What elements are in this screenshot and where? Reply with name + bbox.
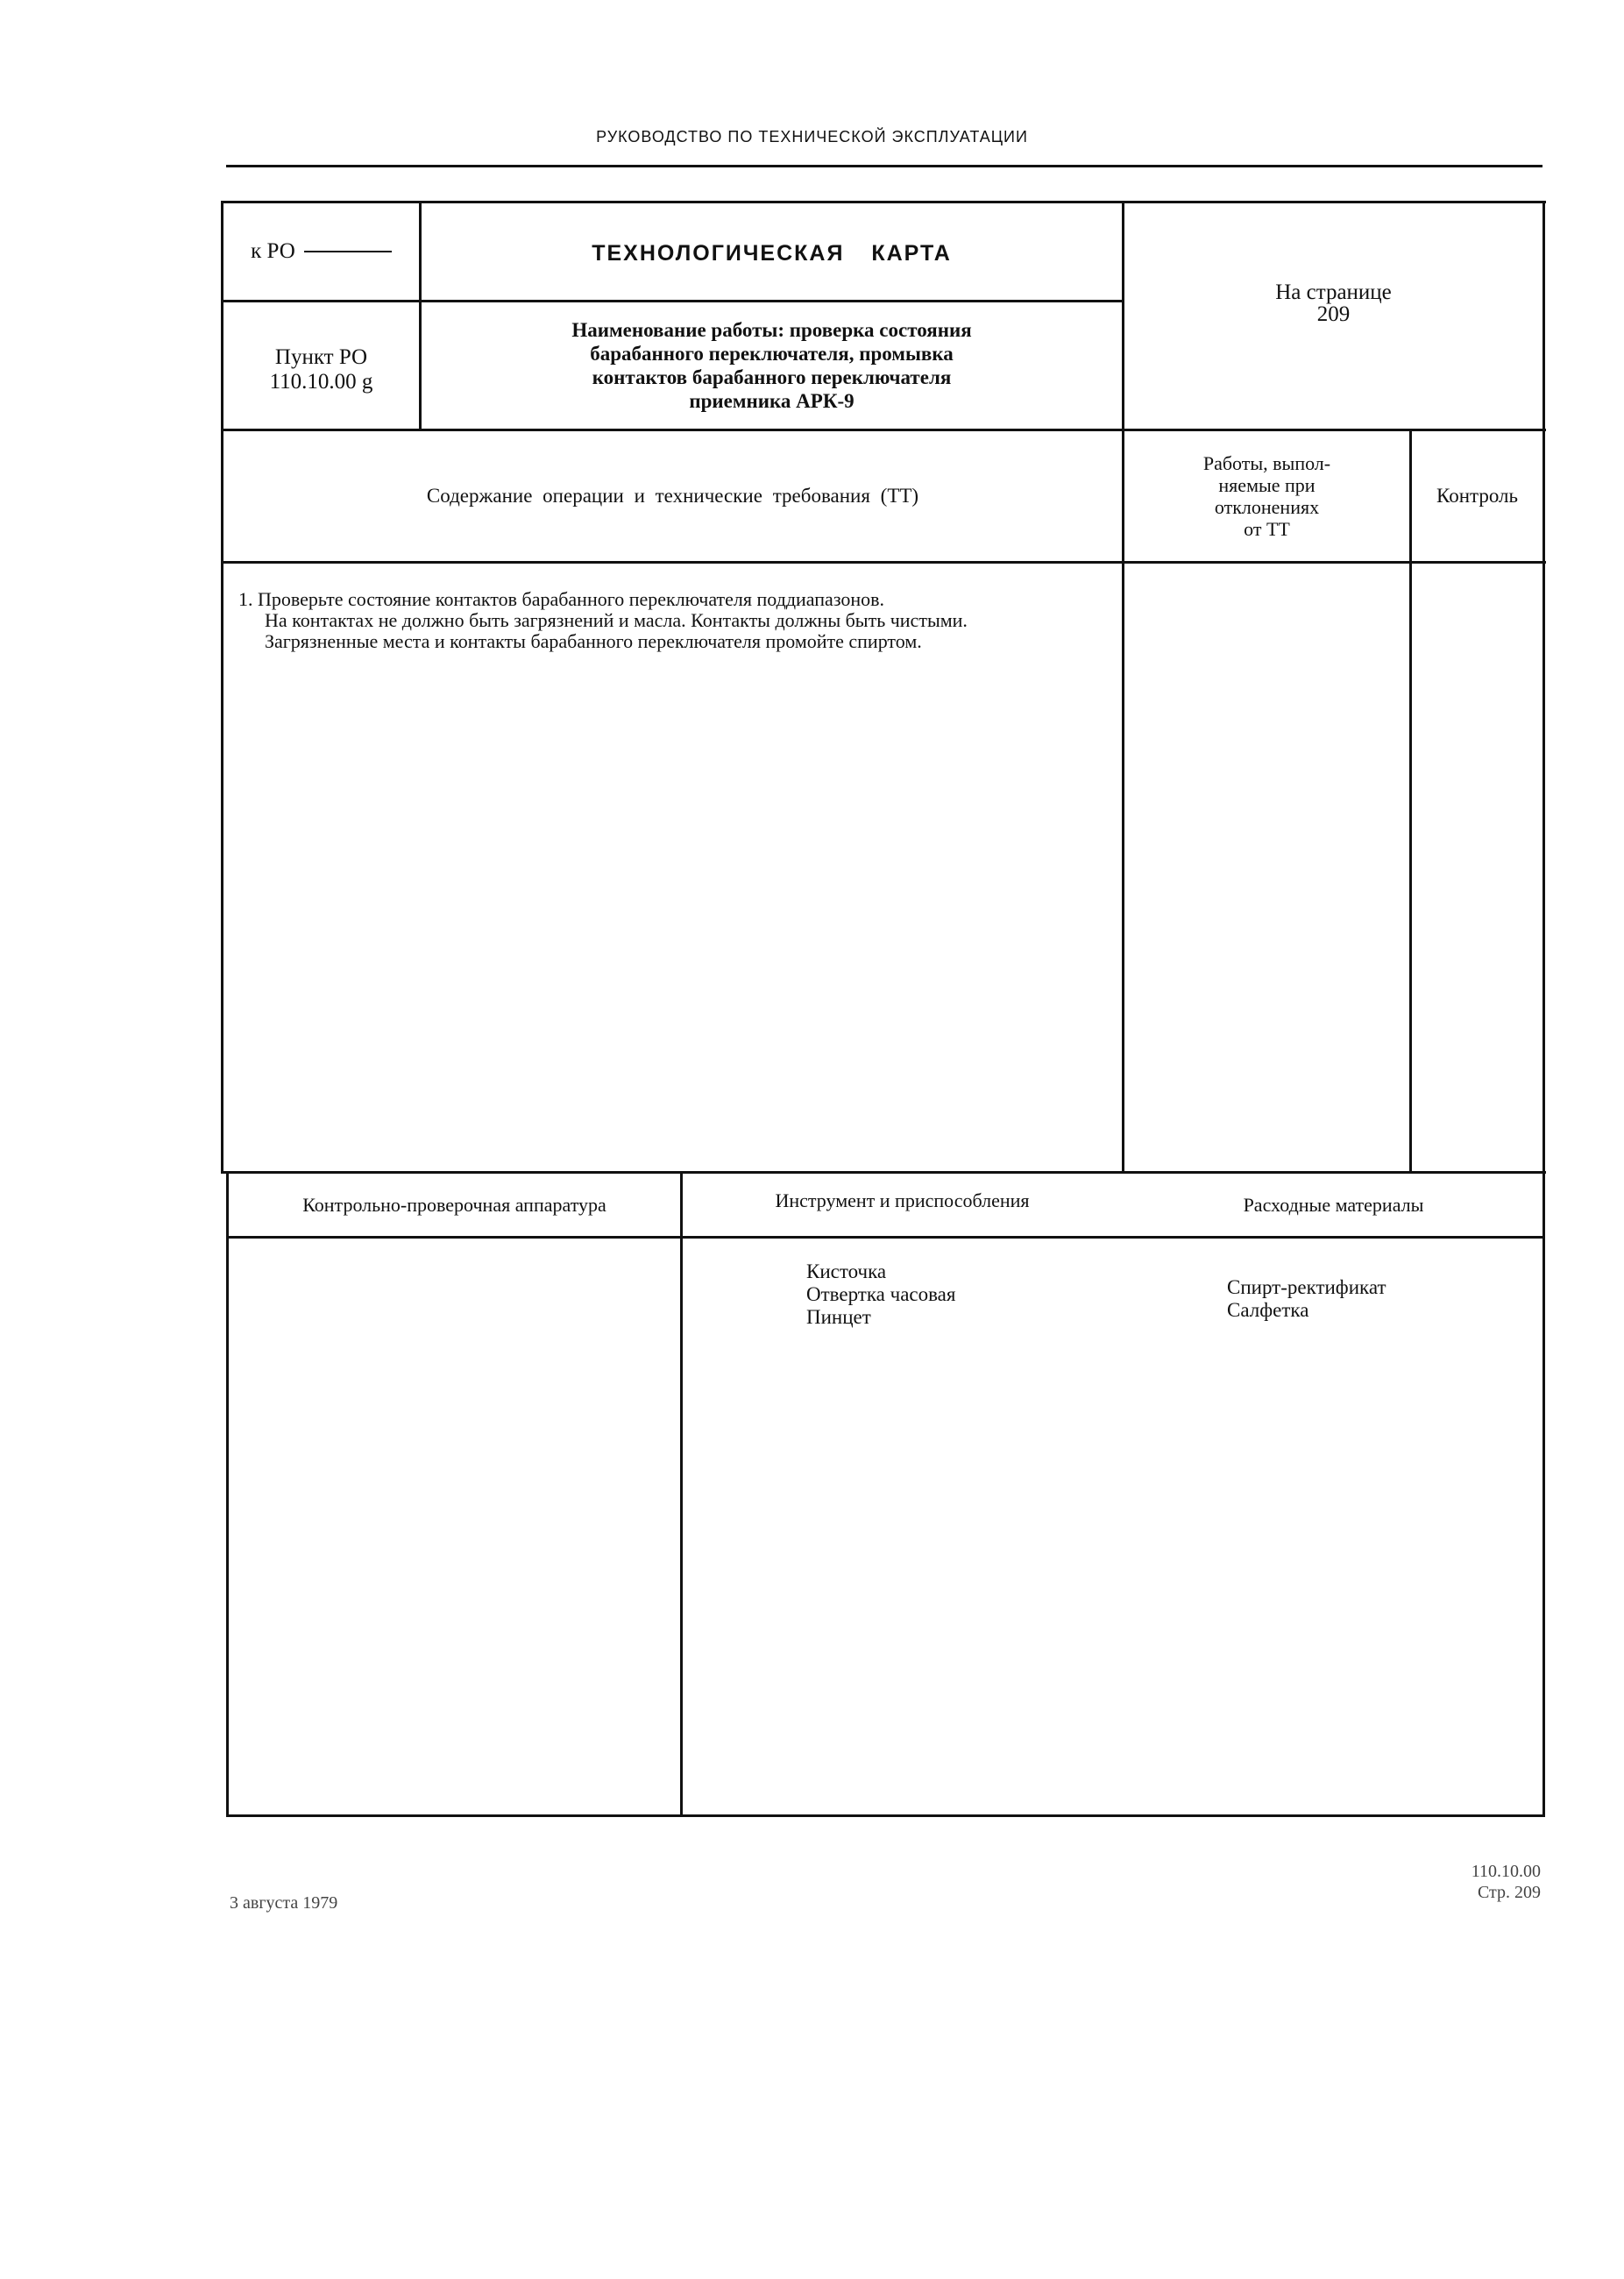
- work-name-line: приемника АРК-9: [689, 389, 854, 413]
- header-rule: [226, 165, 1542, 167]
- material-item: Салфетка: [1227, 1299, 1386, 1322]
- work-name-cell: Наименование работы: проверка состояния …: [422, 302, 1122, 429]
- deviations-line: Работы, выпол-: [1203, 452, 1330, 474]
- divider: [221, 561, 1546, 564]
- column-header-content: Содержание операции и технические требов…: [223, 431, 1122, 561]
- divider: [226, 1236, 1544, 1239]
- footer-date: 3 августа 1979: [230, 1893, 337, 1913]
- running-head: РУКОВОДСТВО ПО ТЕХНИЧЕСКОЙ ЭКСПЛУАТАЦИИ: [0, 128, 1624, 146]
- page-cell: На странице 209: [1124, 203, 1542, 429]
- punkt-label: Пункт РО: [275, 345, 367, 370]
- operation-line: Загрязненные места и контакты барабанног…: [238, 631, 1115, 652]
- operation-item: 1. Проверьте состояние контактов барабан…: [238, 589, 1115, 652]
- column-header-control-label: Контроль: [1436, 485, 1518, 508]
- tool-item: Пинцет: [806, 1306, 955, 1329]
- table-border-bottom: [226, 1814, 1544, 1817]
- column-header-control: Контроль: [1412, 431, 1542, 561]
- operation-line: 1. Проверьте состояние контактов барабан…: [238, 589, 1115, 610]
- page-label: На странице: [1275, 281, 1392, 303]
- tool-item: Отвертка часовая: [806, 1283, 955, 1306]
- tools-list: Кисточка Отвертка часовая Пинцет: [806, 1260, 955, 1329]
- operation-line: На контактах не должно быть загрязнений …: [238, 610, 1115, 631]
- divider: [680, 1171, 683, 1817]
- material-item: Спирт-ректификат: [1227, 1276, 1386, 1299]
- page-value: 209: [1317, 303, 1351, 325]
- column-header-materials: Расходные материалы: [1124, 1174, 1542, 1236]
- card-title-cell: ТЕХНОЛОГИЧЕСКАЯ КАРТА: [422, 203, 1122, 300]
- footer-page: Стр. 209: [1478, 1883, 1541, 1903]
- column-header-tools: Инструмент и приспособления: [683, 1174, 1122, 1236]
- card-title: ТЕХНОЛОГИЧЕСКАЯ КАРТА: [592, 241, 952, 266]
- deviations-line: отклонениях: [1215, 496, 1319, 518]
- column-header-tools-label: Инструмент и приспособления: [775, 1189, 1029, 1211]
- work-name-line: контактов барабанного переключателя: [592, 366, 952, 389]
- table-border-right: [1542, 201, 1545, 1174]
- column-header-deviations: Работы, выпол- няемые при отклонениях от…: [1124, 431, 1409, 561]
- table-border-left: [226, 1171, 229, 1817]
- footer-doc-code: 110.10.00: [1472, 1862, 1541, 1882]
- deviations-line: няемые при: [1218, 474, 1315, 496]
- materials-list: Спирт-ректификат Салфетка: [1227, 1276, 1386, 1322]
- column-header-materials-label: Расходные материалы: [1244, 1194, 1424, 1216]
- ref-label: к РО: [251, 239, 295, 264]
- operation-number: 1.: [238, 588, 253, 610]
- column-header-equipment-label: Контрольно-проверочная аппаратура: [302, 1194, 606, 1216]
- punkt-value: 110.10.00 g: [270, 370, 373, 394]
- ref-blank: [304, 251, 392, 252]
- operation-text: Проверьте состояние контактов барабанног…: [258, 588, 884, 610]
- ref-cell: к РО: [223, 203, 419, 300]
- column-header-equipment: Контрольно-проверочная аппаратура: [229, 1174, 680, 1236]
- work-name-line: барабанного переключателя, промывка: [590, 342, 954, 366]
- work-name-line: Наименование работы: проверка состояния: [571, 318, 971, 342]
- tool-item: Кисточка: [806, 1260, 955, 1283]
- column-header-content-label: Содержание операции и технические требов…: [427, 485, 918, 508]
- punkt-cell: Пункт РО 110.10.00 g: [223, 302, 419, 429]
- deviations-line: от ТТ: [1244, 518, 1290, 540]
- table-border-right: [1542, 1171, 1545, 1817]
